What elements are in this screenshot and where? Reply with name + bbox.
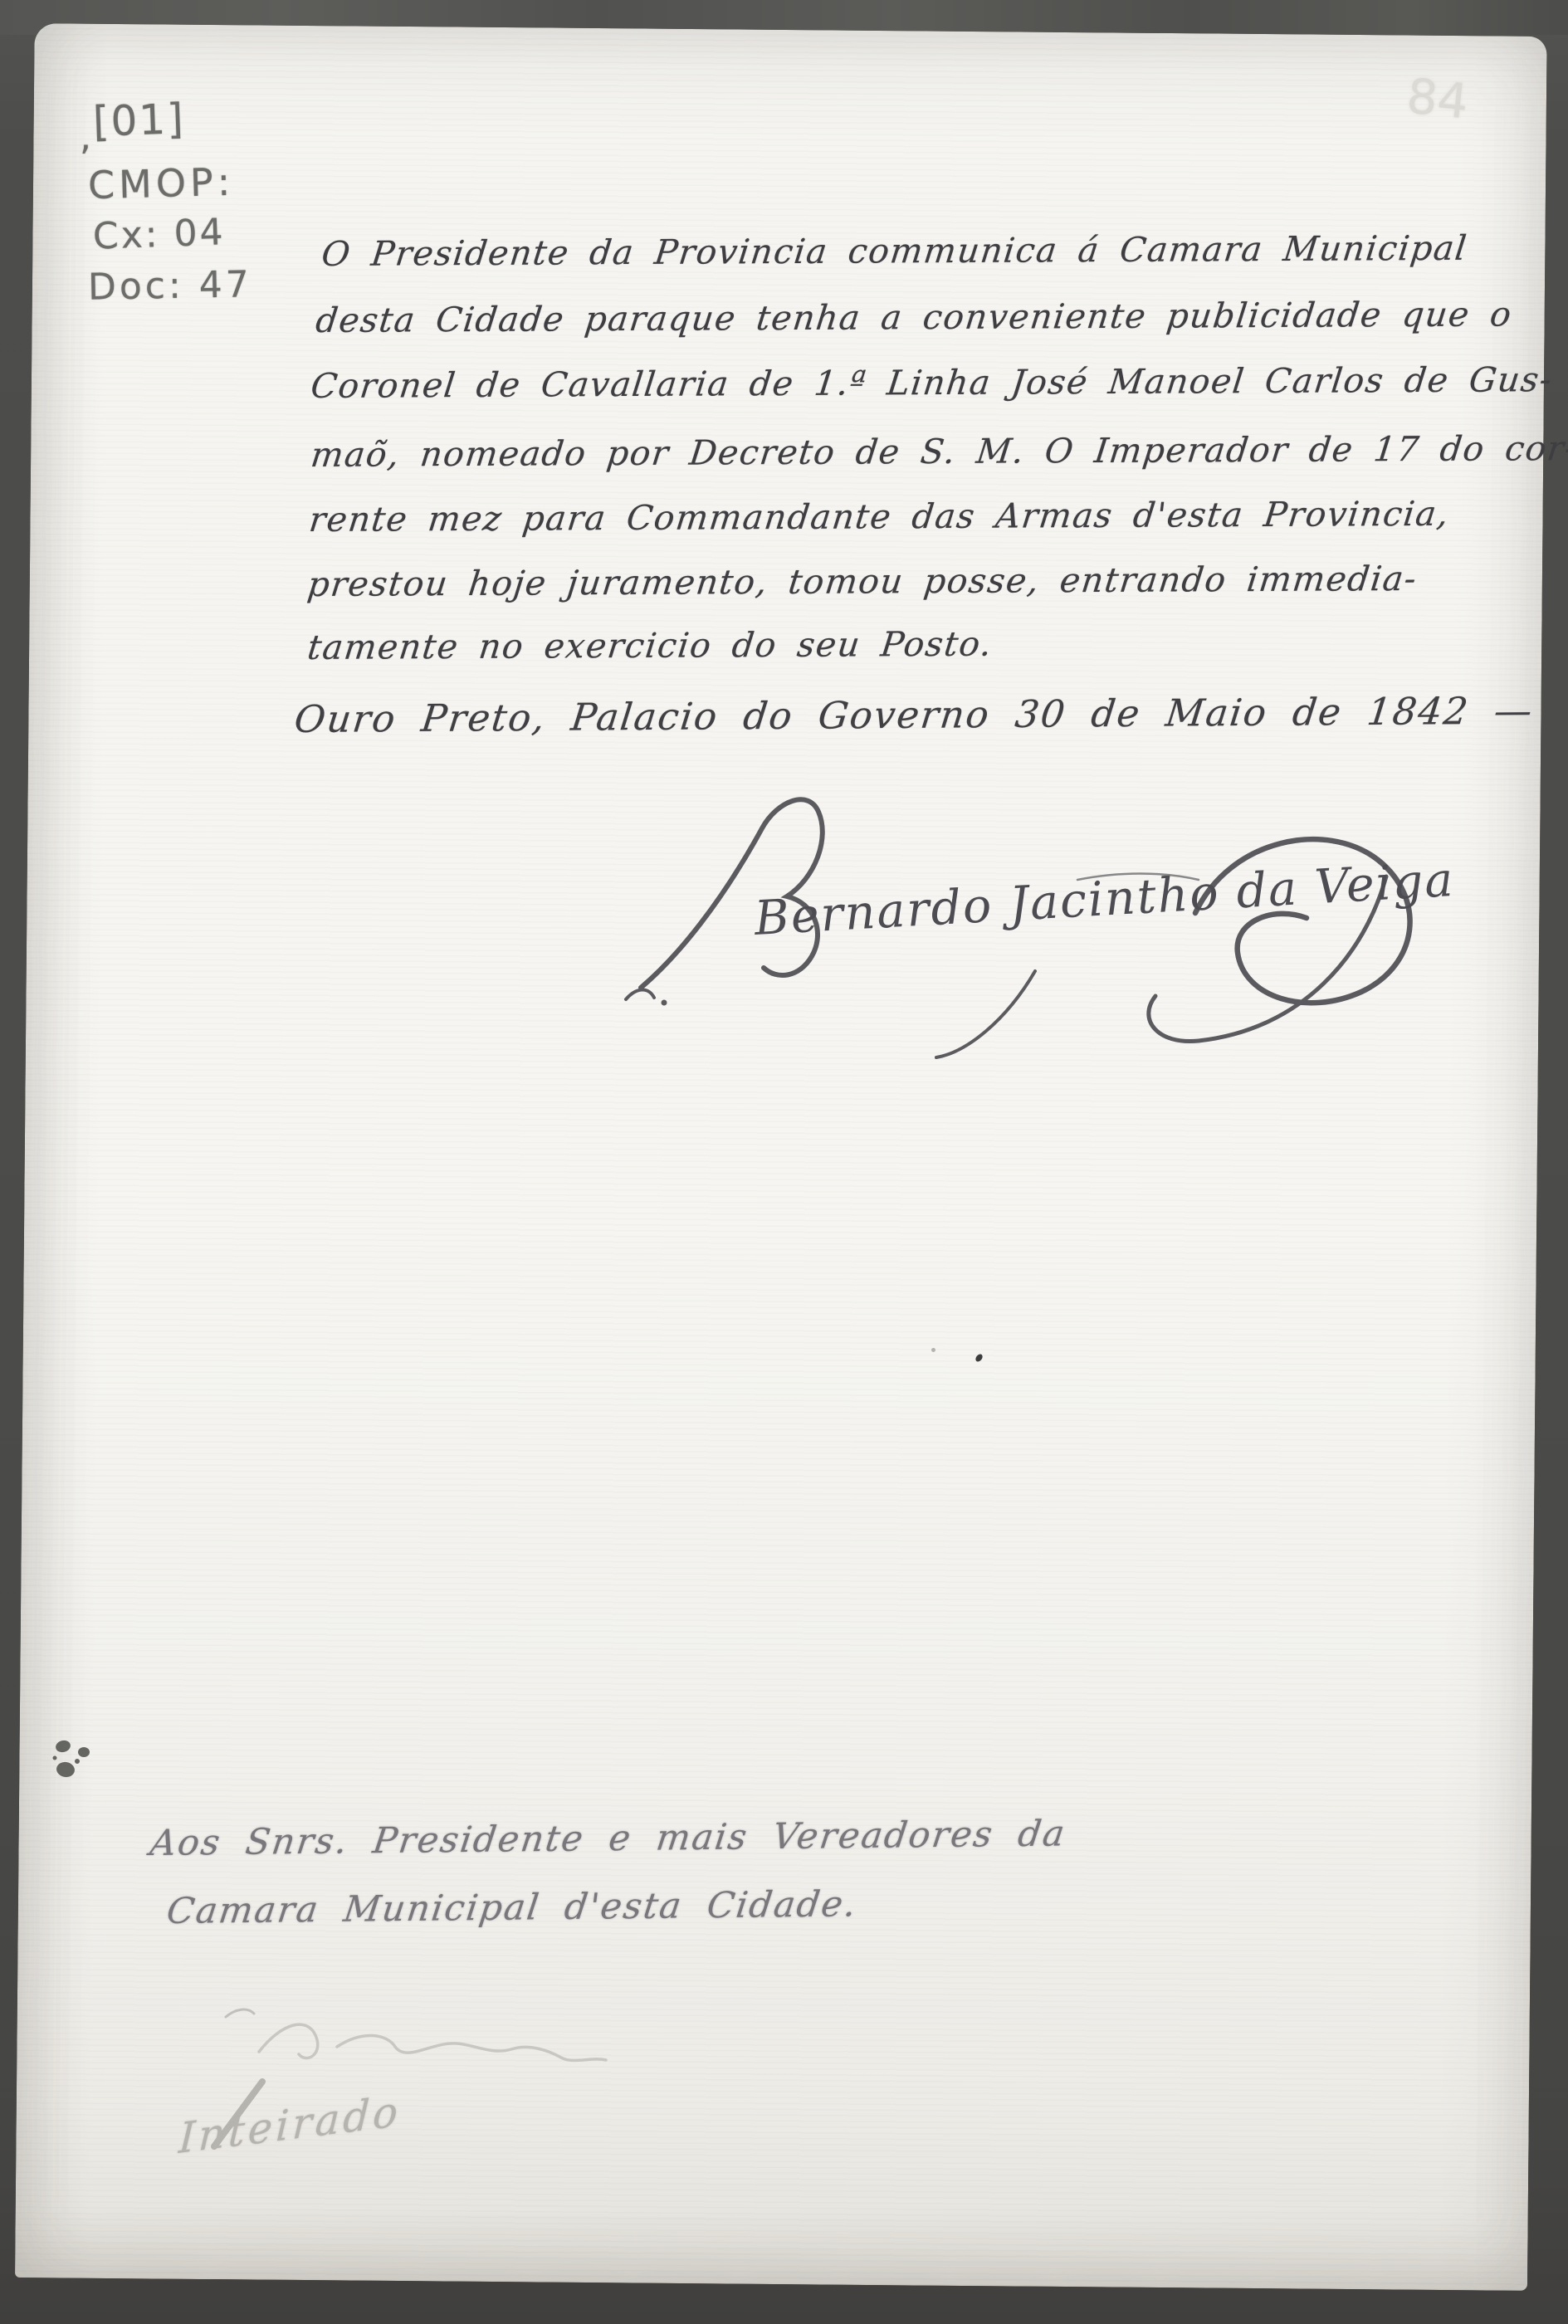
scanned-document: , [01] CMOP: Cx: 04 Doc: 47 84 O Preside… [0,0,1568,2324]
scribble-stroke [259,2024,606,2060]
scribble-accent [226,2009,254,2017]
archival-doc-mark: Doc: 47 [88,263,253,308]
signature: Bernardo Jacintho da Veiga [616,779,1454,1061]
archival-index-mark: [01] [92,95,186,146]
signature-flourish-left [626,990,654,1000]
archival-stray-mark: , [80,116,91,159]
body-line: prestou hoje juramento, tomou posse, ent… [305,559,1419,604]
signature-descender [936,971,1035,1057]
body-line: Coronel de Cavallaria de 1.ª Linha José … [309,359,1555,406]
signature-ink-dot [662,1000,667,1006]
body-line: maõ, nomeado por Decreto de S. M. O Impe… [309,428,1568,475]
body-line: O Presidente da Provincia communica á Ca… [320,228,1470,274]
archival-collection-mark: CMOP: [87,159,235,208]
ink-blot [40,1731,115,1806]
archival-box-mark: Cx: 04 [92,211,226,258]
dateline: Ouro Preto, Palacio do Governo 30 de Mai… [292,689,1536,741]
body-line: desta Cidade paraque tenha a conveniente… [314,294,1514,340]
body-line: rente mez para Commandante das Armas d'e… [307,494,1452,539]
page-number-mark: 84 [1404,67,1472,129]
address-line: Camara Municipal d'esta Cidade. [164,1883,860,1932]
body-line: tamente no exercicio do seu Posto. [305,624,994,667]
signature-text: Bernardo Jacintho da Veiga [752,852,1456,946]
ink-speck-faint [931,1348,935,1352]
